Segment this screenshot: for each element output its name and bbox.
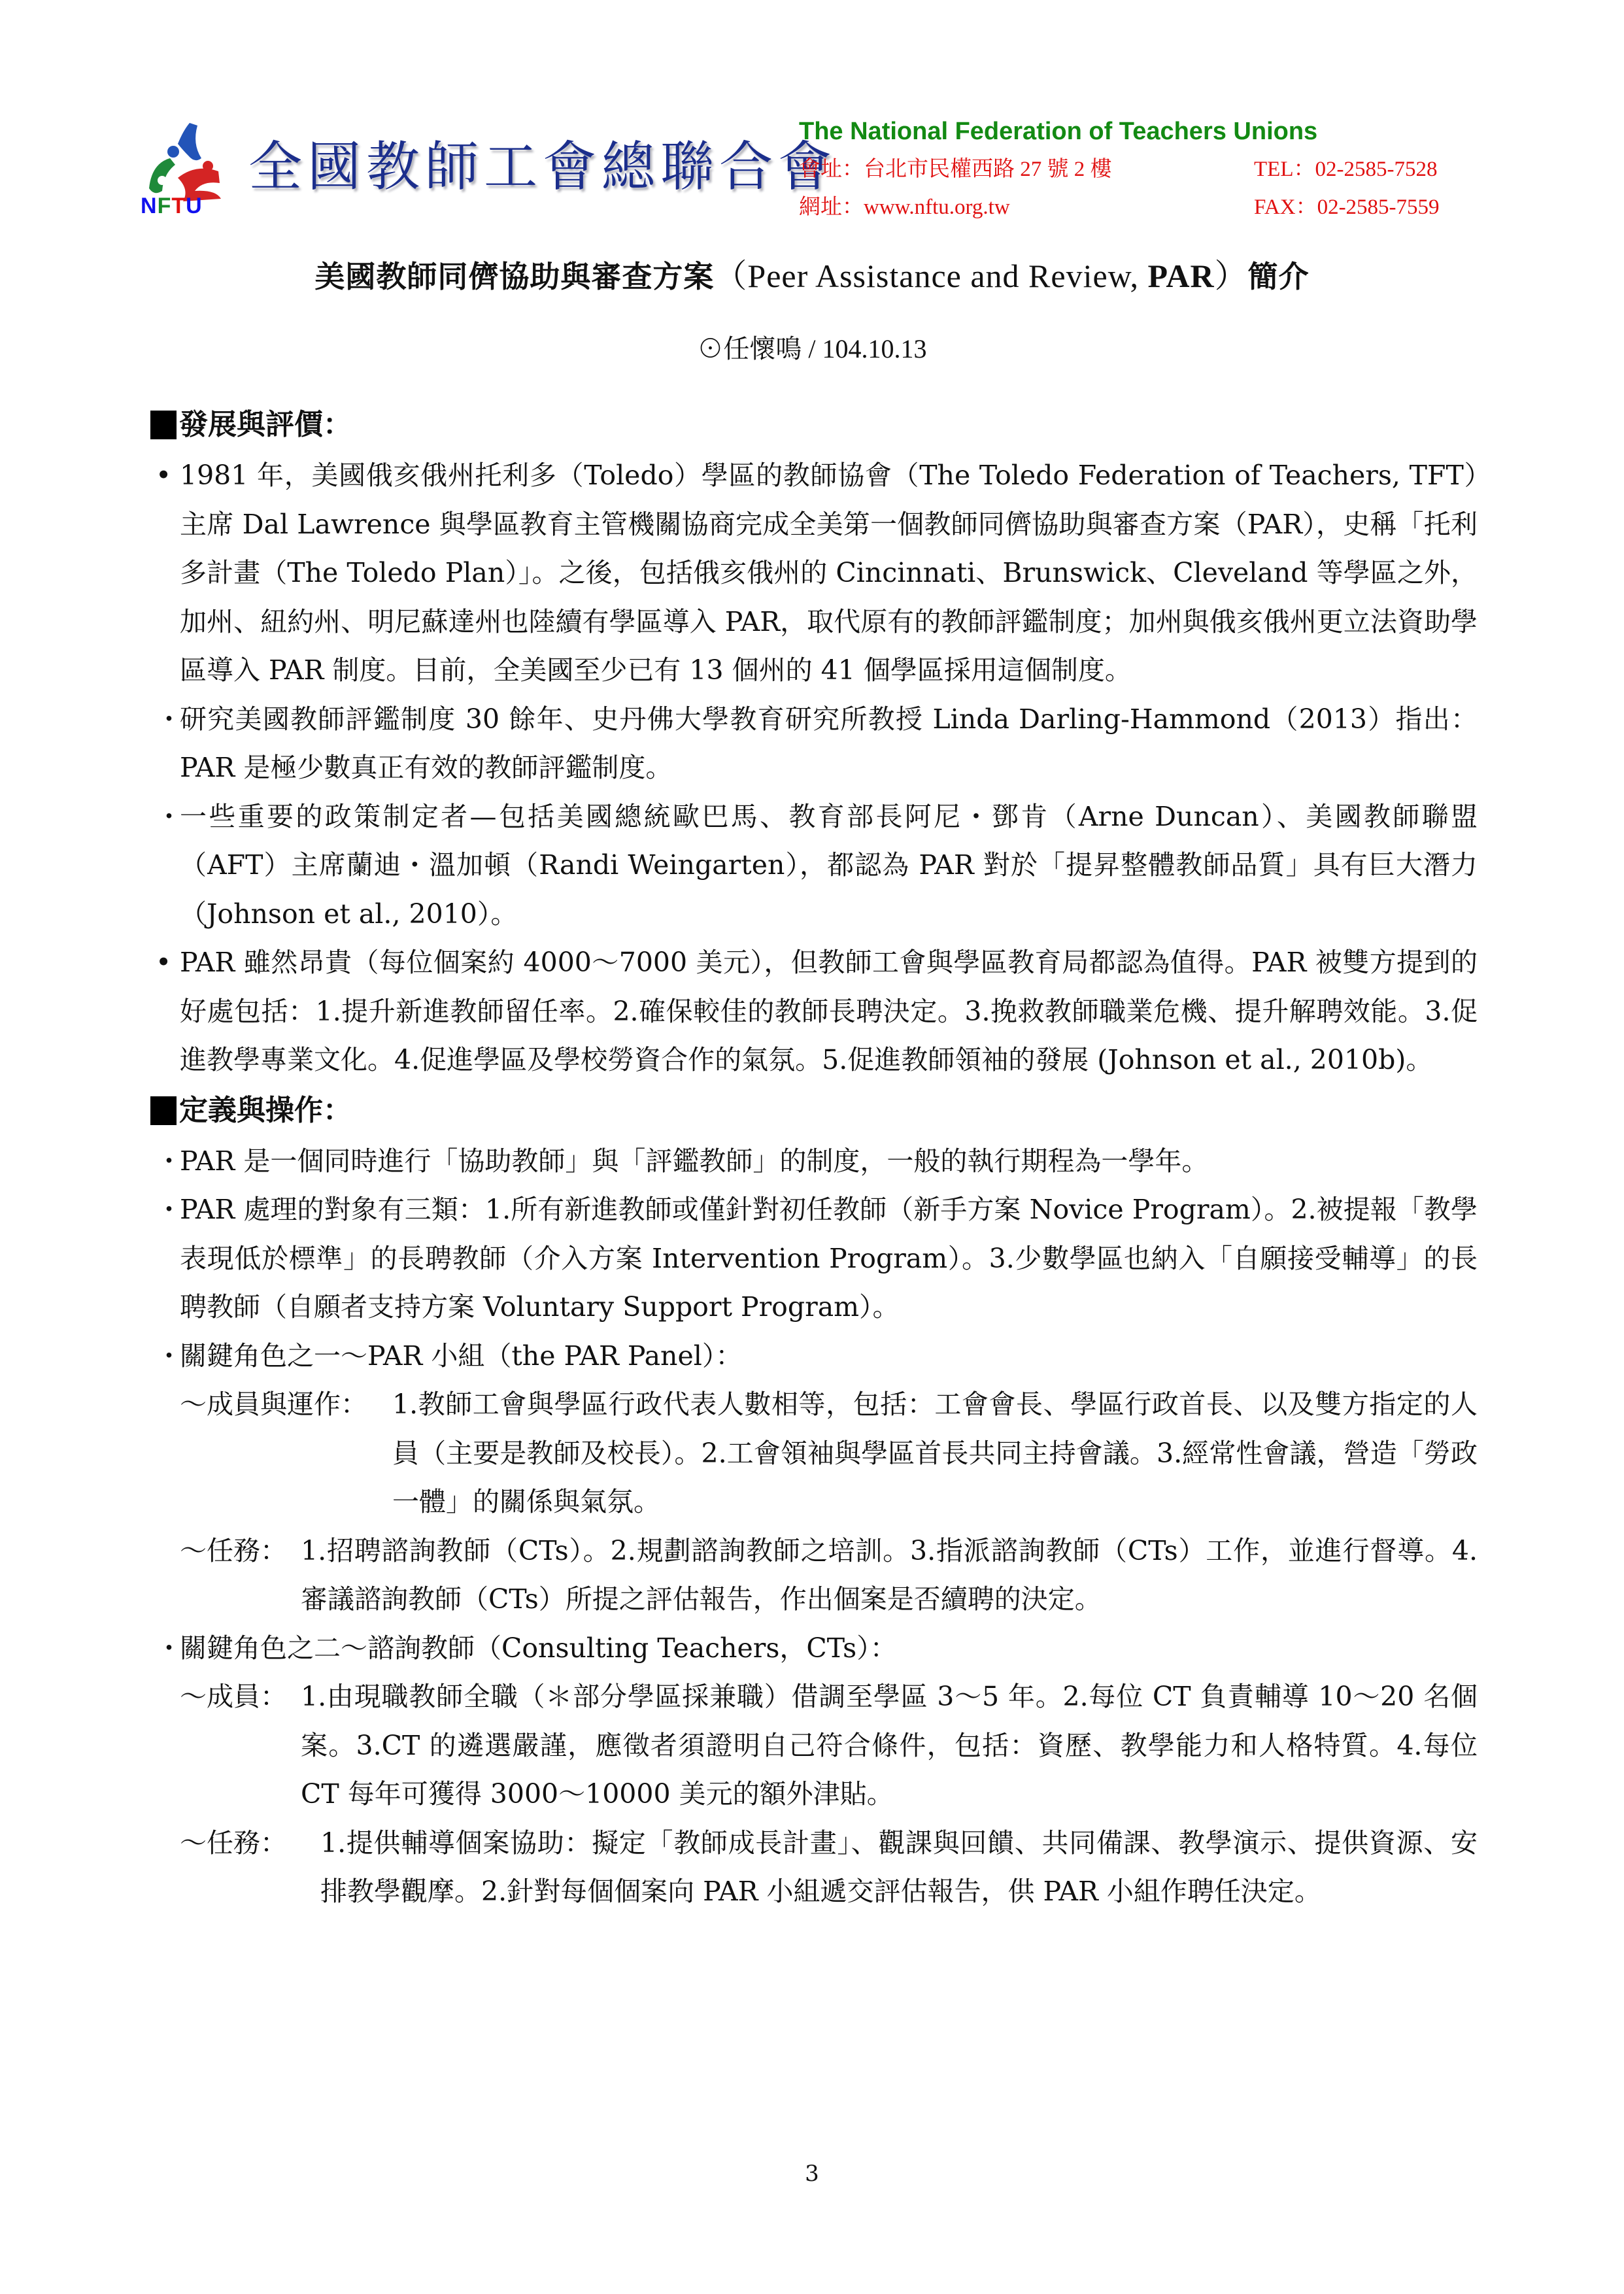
author-date-line: ⊙任懷鳴 / 104.10.13 [0,328,1624,365]
bullet-item: ・PAR 處理的對象有三類：1.所有新進教師或僅針對初任教師（新手方案 Novi… [150,1185,1478,1332]
sub-item-ct-tasks: ～任務：1.提供輔導個案協助：擬定「教師成長計畫」、觀課與回饋、共同備課、教學演… [150,1819,1478,1916]
bullet-item: •1981 年，美國俄亥俄州托利多（Toledo）學區的教師協會（The Tol… [150,451,1478,695]
logo-nftu-text: NFTU [141,194,203,219]
document-title: 美國教師同儕協助與審查方案（Peer Assistance and Review… [0,250,1624,297]
square-bullet-icon [150,411,177,439]
org-name-chinese: 全國教師工會總聯合會 [248,124,837,201]
address: 會址：台北市民權西路 27 號 2 樓 [799,152,1112,182]
section-heading-development: 發展與評價： [150,399,1478,451]
page-number: 3 [0,2161,1624,2187]
fax: FAX：02-2585-7559 [1254,190,1440,220]
telephone: TEL：02-2585-7528 [1254,152,1437,182]
sub-item-panel-members: ～成員與運作：1.教師工會與學區行政代表人數相等，包括：工會會長、學區行政首長、… [150,1380,1478,1527]
bullet-item: ・一些重要的政策制定者—包括美國總統歐巴馬、教育部長阿尼・鄧肯（Arne Dun… [150,792,1478,939]
org-name-english: The National Federation of Teachers Unio… [799,118,1317,146]
document-body: 發展與評價： •1981 年，美國俄亥俄州托利多（Toledo）學區的教師協會（… [150,399,1478,1916]
bullet-item: ・研究美國教師評鑑制度 30 餘年、史丹佛大學教育研究所教授 Linda Dar… [150,695,1478,792]
bullet-item: •PAR 雖然昂貴（每位個案約 4000～7000 美元），但教師工會與學區教育… [150,938,1478,1085]
sub-item-panel-tasks: ～任務：1.招聘諮詢教師（CTs）。2.規劃諮詢教師之培訓。3.指派諮詢教師（C… [150,1527,1478,1624]
website: 網址：www.nftu.org.tw [799,190,1010,220]
sub-item-ct-members: ～成員：1.由現職教師全職（＊部分學區採兼職）借調至學區 3～5 年。2.每位 … [150,1672,1478,1819]
bullet-item: ・PAR 是一個同時進行「協助教師」與「評鑑教師」的制度，一般的執行期程為一學年… [150,1137,1478,1186]
square-bullet-icon [150,1096,177,1125]
section-heading-definition: 定義與操作： [150,1085,1478,1137]
bullet-item: ・關鍵角色之二～諮詢教師（Consulting Teachers，CTs）： [150,1624,1478,1673]
letterhead: NFTU 全國教師工會總聯合會 The National Federation … [0,0,1624,222]
bullet-item: ・關鍵角色之一～PAR 小組（the PAR Panel）： [150,1332,1478,1381]
